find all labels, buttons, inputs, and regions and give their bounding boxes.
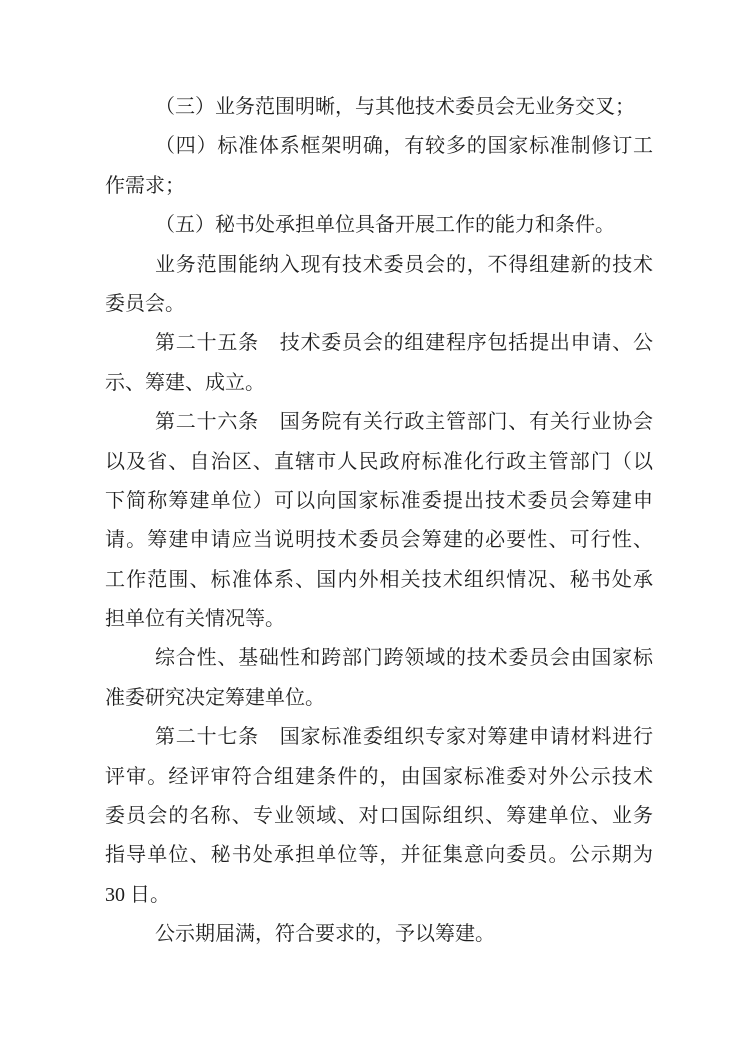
paragraph: 综合性、基础性和跨部门跨领域的技术委员会由国家标准委研究决定筹建单位。	[105, 639, 653, 718]
text-line: 作需求；	[105, 167, 653, 206]
text-line: （三）业务范围明晰，与其他技术委员会无业务交叉；	[105, 88, 653, 127]
paragraph: （五）秘书处承担单位具备开展工作的能力和条件。	[105, 206, 653, 245]
text-line: 综合性、基础性和跨部门跨领域的技术委员会由国家标	[105, 639, 653, 678]
text-line: 第二十五条 技术委员会的组建程序包括提出申请、公	[105, 324, 653, 363]
text-line: 30 日。	[105, 876, 653, 915]
text-line: 担单位有关情况等。	[105, 600, 653, 639]
text-line: 评审。经评审符合组建条件的，由国家标准委对外公示技术	[105, 758, 653, 797]
paragraph: 第二十七条 国家标准委组织专家对筹建申请材料进行评审。经评审符合组建条件的，由国…	[105, 718, 653, 915]
text-line: 示、筹建、成立。	[105, 364, 653, 403]
document-body: （三）业务范围明晰，与其他技术委员会无业务交叉；（四）标准体系框架明确，有较多的…	[105, 88, 653, 955]
text-line: 准委研究决定筹建单位。	[105, 679, 653, 718]
document-page: （三）业务范围明晰，与其他技术委员会无业务交叉；（四）标准体系框架明确，有较多的…	[0, 0, 750, 1060]
paragraph: （四）标准体系框架明确，有较多的国家标准制修订工作需求；	[105, 127, 653, 206]
paragraph: （三）业务范围明晰，与其他技术委员会无业务交叉；	[105, 88, 653, 127]
text-line: （四）标准体系框架明确，有较多的国家标准制修订工	[105, 127, 653, 166]
paragraph: 第二十六条 国务院有关行政主管部门、有关行业协会以及省、自治区、直辖市人民政府标…	[105, 403, 653, 639]
paragraph: 业务范围能纳入现有技术委员会的，不得组建新的技术委员会。	[105, 246, 653, 325]
text-line: 业务范围能纳入现有技术委员会的，不得组建新的技术	[105, 246, 653, 285]
text-line: （五）秘书处承担单位具备开展工作的能力和条件。	[105, 206, 653, 245]
paragraph: 第二十五条 技术委员会的组建程序包括提出申请、公示、筹建、成立。	[105, 324, 653, 403]
text-line: 第二十六条 国务院有关行政主管部门、有关行业协会	[105, 403, 653, 442]
text-line: 以及省、自治区、直辖市人民政府标准化行政主管部门（以	[105, 443, 653, 482]
paragraph: 公示期届满，符合要求的，予以筹建。	[105, 915, 653, 954]
text-line: 下简称筹建单位）可以向国家标准委提出技术委员会筹建申	[105, 482, 653, 521]
text-line: 第二十七条 国家标准委组织专家对筹建申请材料进行	[105, 718, 653, 757]
text-line: 工作范围、标准体系、国内外相关技术组织情况、秘书处承	[105, 561, 653, 600]
text-line: 委员会。	[105, 285, 653, 324]
text-line: 公示期届满，符合要求的，予以筹建。	[105, 915, 653, 954]
text-line: 请。筹建申请应当说明技术委员会筹建的必要性、可行性、	[105, 521, 653, 560]
text-line: 委员会的名称、专业领域、对口国际组织、筹建单位、业务	[105, 797, 653, 836]
text-line: 指导单位、秘书处承担单位等，并征集意向委员。公示期为	[105, 836, 653, 875]
